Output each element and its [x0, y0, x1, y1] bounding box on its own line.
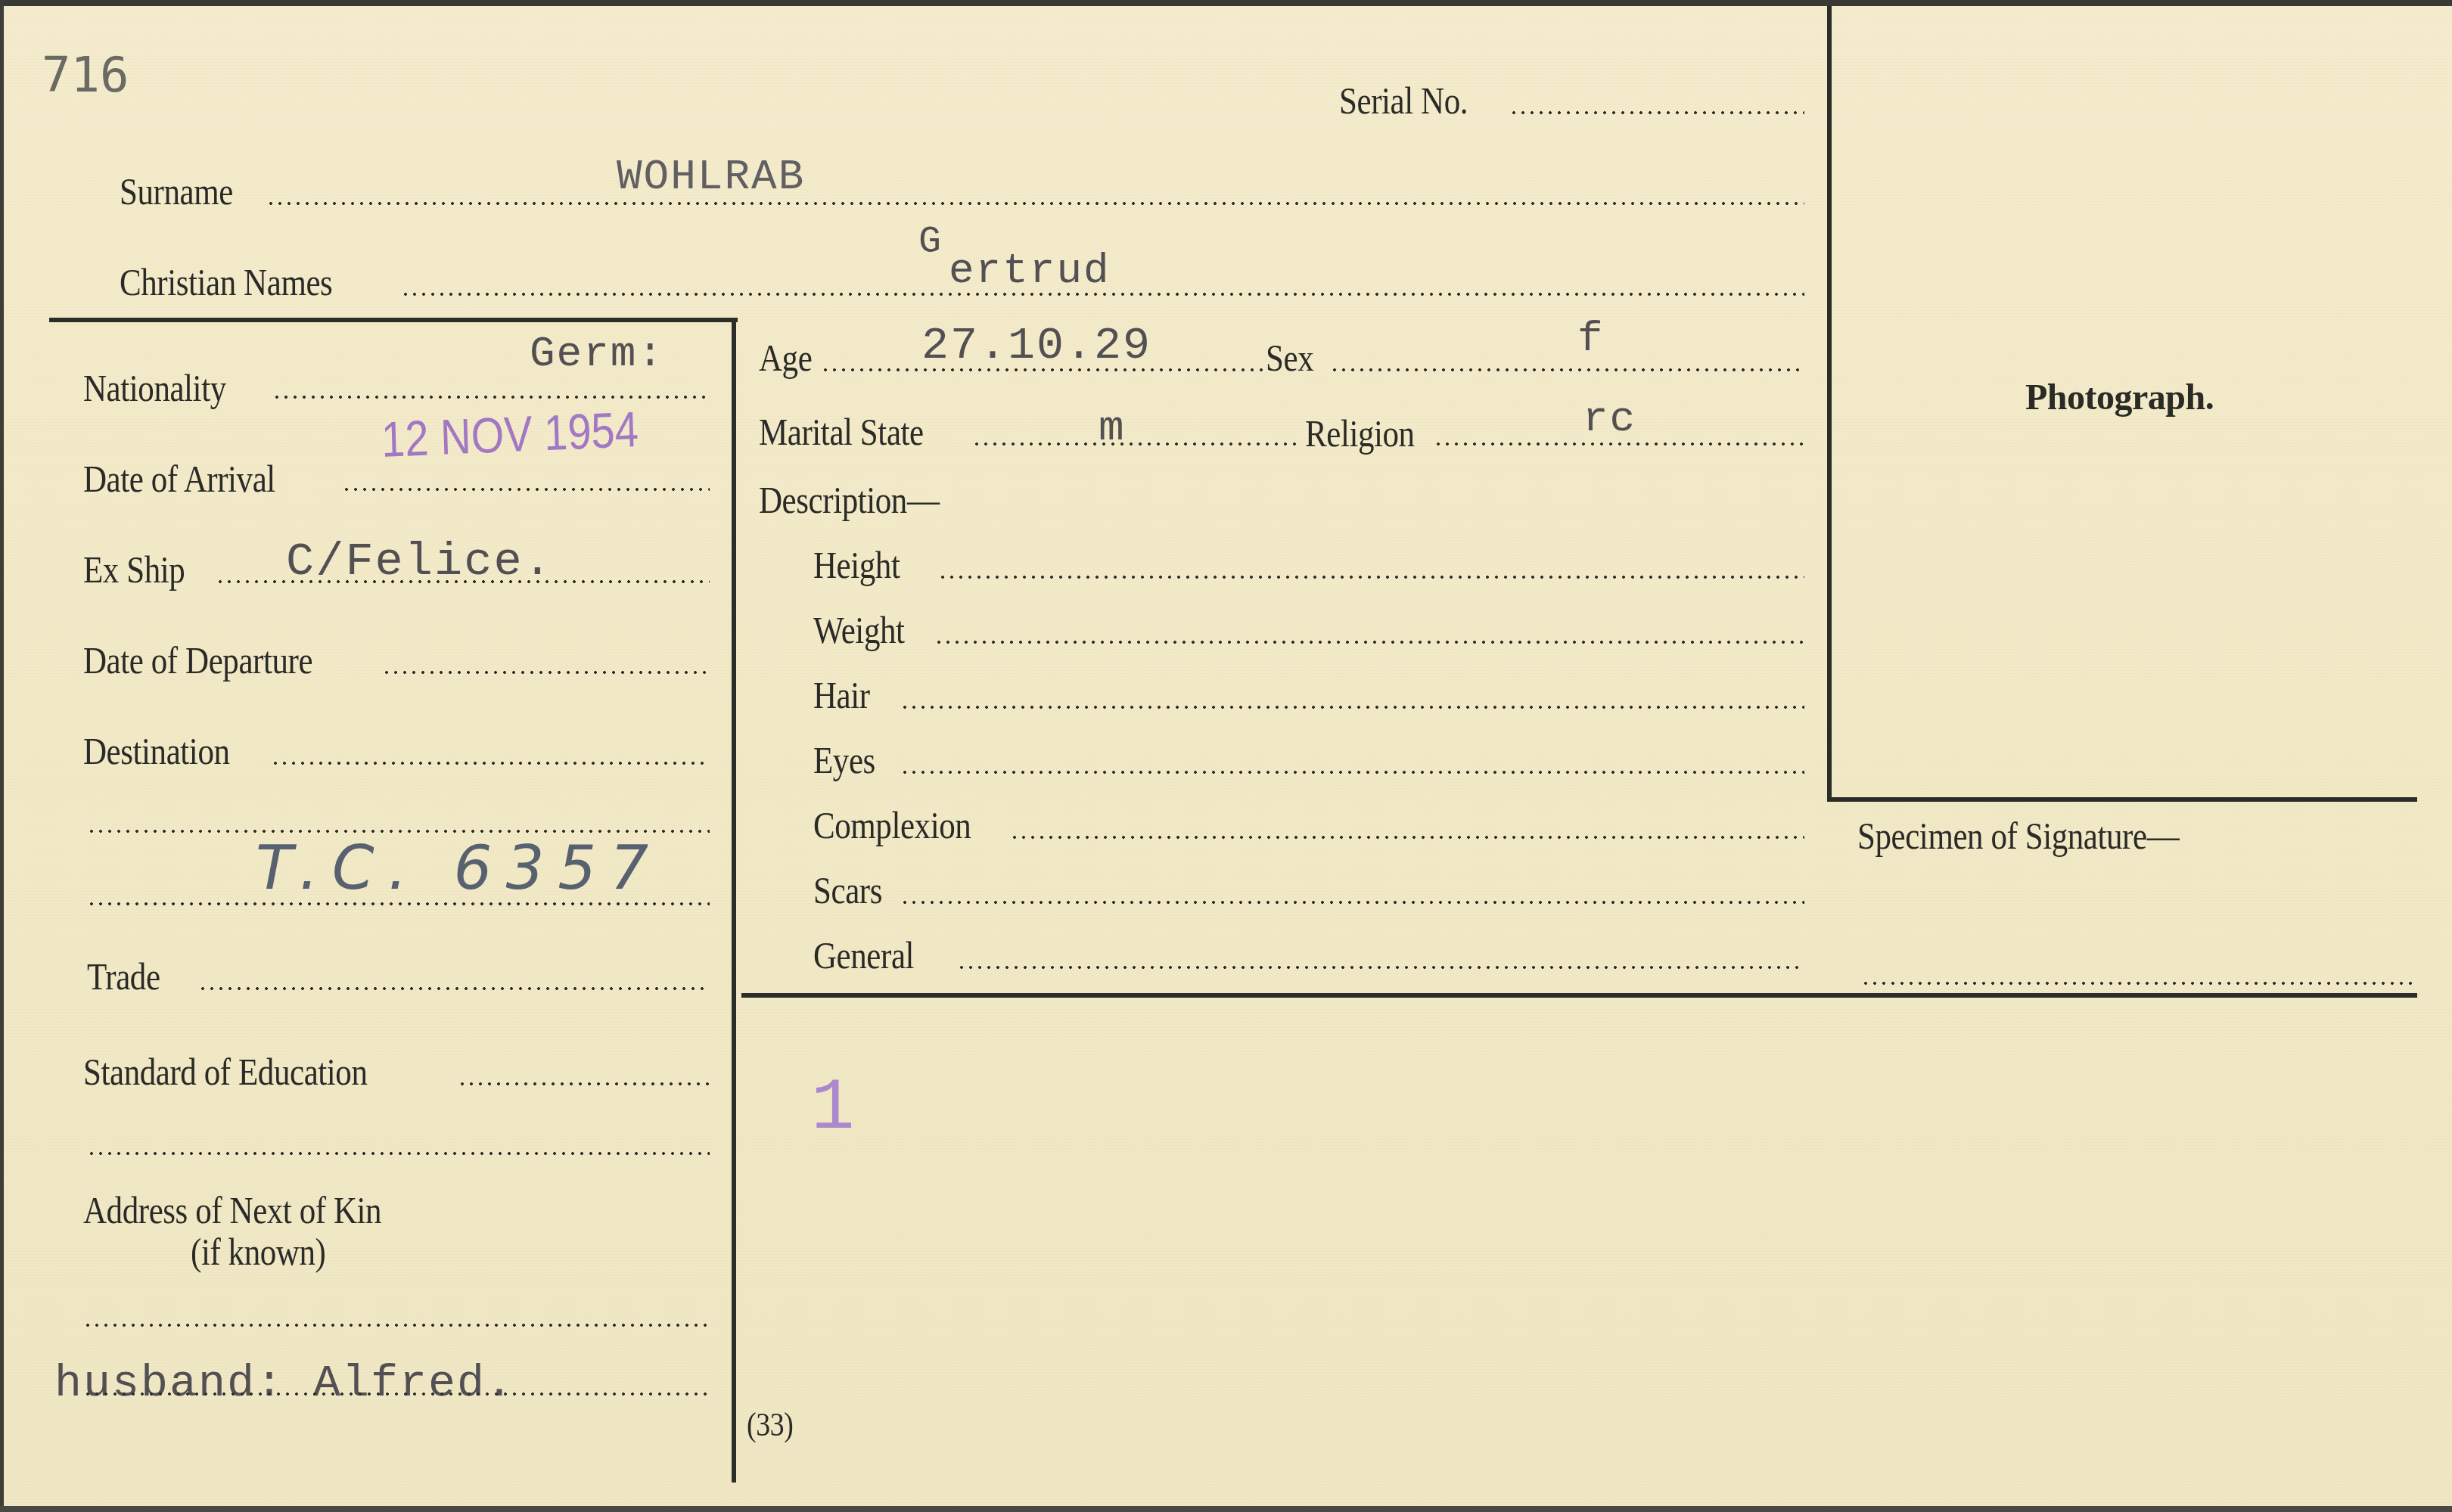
description-height-label: Height: [813, 546, 900, 584]
serial-no-label: Serial No.: [1339, 82, 1468, 120]
photograph-area[interactable]: [1832, 6, 2417, 797]
standard-of-education-label: Standard of Education: [83, 1053, 367, 1091]
left-box-right-rule: [732, 318, 736, 1483]
age-label: Age: [759, 339, 812, 377]
next-of-kin-field-line-2[interactable]: [83, 1392, 710, 1396]
description-scars-label: Scars: [813, 871, 882, 909]
card-left-edge: [0, 0, 4, 1512]
date-of-departure-label: Date of Departure: [83, 641, 312, 679]
next-of-kin-value: husband: Alfred.: [54, 1361, 514, 1407]
date-of-departure-field[interactable]: [382, 670, 710, 675]
stamped-number: 1: [811, 1073, 855, 1145]
card-number: 716: [42, 51, 129, 100]
standard-of-education-field-line-2[interactable]: [87, 1151, 710, 1156]
next-of-kin-label: Address of Next of Kin: [83, 1191, 381, 1229]
nationality-value: Germ:: [530, 333, 664, 375]
description-scars-field[interactable]: [900, 900, 1804, 905]
description-weight-field[interactable]: [934, 640, 1804, 644]
marital-state-label: Marital State: [759, 413, 924, 451]
trade-field[interactable]: [198, 986, 710, 991]
sex-label: Sex: [1266, 339, 1313, 377]
ex-ship-label: Ex Ship: [83, 551, 185, 588]
left-box-top-rule: [49, 318, 738, 322]
surname-value: WOHLRAB: [617, 156, 805, 198]
religion-field[interactable]: [1434, 442, 1804, 446]
signature-label: Specimen of Signature—: [1857, 817, 2179, 855]
description-label: Description—: [759, 481, 939, 519]
religion-label: Religion: [1305, 414, 1415, 452]
destination-field[interactable]: [271, 761, 710, 765]
form-number: (33): [747, 1408, 793, 1442]
next-of-kin-sublabel: (if known): [191, 1233, 325, 1271]
description-height-field[interactable]: [938, 575, 1804, 579]
middle-section-bottom-rule: [741, 993, 2417, 998]
card-top-edge: [0, 0, 2452, 6]
age-field[interactable]: [821, 368, 1263, 372]
surname-field[interactable]: [266, 201, 1804, 206]
sex-value: f: [1577, 318, 1605, 360]
next-of-kin-field[interactable]: [83, 1323, 710, 1327]
signature-field[interactable]: [1861, 981, 2417, 986]
card-bottom-edge: [0, 1506, 2452, 1512]
age-value: 27.10.29: [921, 324, 1151, 369]
description-eyes-label: Eyes: [813, 741, 875, 779]
marital-state-field[interactable]: [972, 442, 1297, 446]
christian-names-initial: G: [918, 224, 943, 262]
description-eyes-field[interactable]: [900, 770, 1804, 775]
religion-value: rc: [1583, 398, 1636, 440]
description-complexion-label: Complexion: [813, 806, 971, 844]
description-hair-label: Hair: [813, 676, 870, 714]
christian-names-field[interactable]: [401, 292, 1804, 297]
description-complexion-field[interactable]: [1010, 835, 1804, 840]
nationality-field[interactable]: [272, 395, 710, 399]
trade-label: Trade: [87, 958, 160, 995]
surname-label: Surname: [120, 172, 233, 210]
date-of-arrival-label: Date of Arrival: [83, 460, 275, 498]
ex-ship-value: C/Felice.: [286, 539, 553, 585]
destination-label: Destination: [83, 732, 230, 770]
christian-names-label: Christian Names: [120, 263, 332, 301]
description-general-label: General: [813, 936, 914, 974]
date-of-arrival-stamp: 12 NOV 1954: [381, 404, 639, 464]
standard-of-education-field[interactable]: [458, 1082, 710, 1086]
sex-field[interactable]: [1330, 368, 1804, 372]
christian-names-value: ertrud: [949, 250, 1111, 292]
destination-field-line-3[interactable]: [87, 902, 710, 906]
photo-box-bottom-rule: [1827, 797, 2417, 802]
description-general-field[interactable]: [957, 965, 1804, 970]
nationality-label: Nationality: [83, 369, 226, 407]
ex-ship-field[interactable]: [216, 579, 710, 584]
immigration-record-card: 716 Serial No. Surname WOHLRAB Christian…: [0, 0, 2452, 1512]
description-hair-field[interactable]: [900, 705, 1804, 709]
destination-handwritten-note: T.C. 6357: [256, 838, 662, 899]
date-of-arrival-field[interactable]: [342, 487, 710, 492]
serial-no-field[interactable]: [1509, 110, 1804, 115]
description-weight-label: Weight: [813, 611, 905, 649]
